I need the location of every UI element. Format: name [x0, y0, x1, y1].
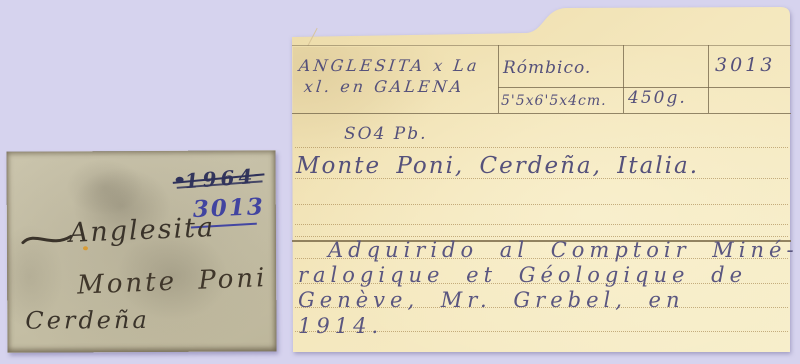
- cell-dimensions: 5'5x6'5x4cm.: [501, 93, 607, 109]
- table-border-top: [292, 45, 791, 46]
- cell-weight: 450g.: [628, 88, 687, 108]
- table-border-bottom: [292, 113, 791, 114]
- paper-fleck: [83, 246, 88, 250]
- ruled-line: [295, 224, 788, 225]
- pen-flourish: [21, 227, 73, 251]
- table-border-vertical: [498, 45, 499, 113]
- table-border-vertical: [623, 45, 624, 113]
- cell-specimen-name-line2: xl. en GALENA: [303, 77, 465, 96]
- scanned-catalog-cards: 1964 3013 Anglesita Monte Poni Cerdeña: [0, 0, 800, 364]
- label-locality-line2: Cerdeña: [25, 306, 150, 335]
- label-mineral-name: Anglesita: [68, 212, 215, 249]
- old-specimen-label: 1964 3013 Anglesita Monte Poni Cerdeña: [6, 150, 276, 352]
- acquisition-line-3: Genève, Mr. Grebel, en: [298, 288, 685, 312]
- cell-catalog-number: 3013: [715, 54, 775, 76]
- acquisition-line-4: 1914.: [298, 314, 383, 338]
- cell-specimen-name-line1: ANGLESITA x La: [298, 56, 481, 75]
- acquisition-line-2: ralogique et Géologique de: [298, 263, 747, 287]
- locality-line: Monte Poni, Cerdeña, Italia.: [296, 153, 699, 179]
- ruled-line: [295, 147, 788, 148]
- chemical-formula: SO4 Pb.: [344, 124, 428, 144]
- label-locality-line1: Monte Poni: [77, 263, 268, 301]
- acquisition-line-1: Adquirido al Comptoir Miné-: [328, 238, 799, 262]
- ruled-line: [295, 204, 788, 205]
- ruled-line: [295, 236, 788, 237]
- table-border-vertical: [708, 45, 709, 113]
- cell-crystal-system: Rómbico.: [503, 58, 591, 78]
- catalog-index-card: ANGLESITA x La xl. en GALENA Rómbico. 30…: [292, 7, 791, 353]
- ink-blot: [176, 177, 184, 183]
